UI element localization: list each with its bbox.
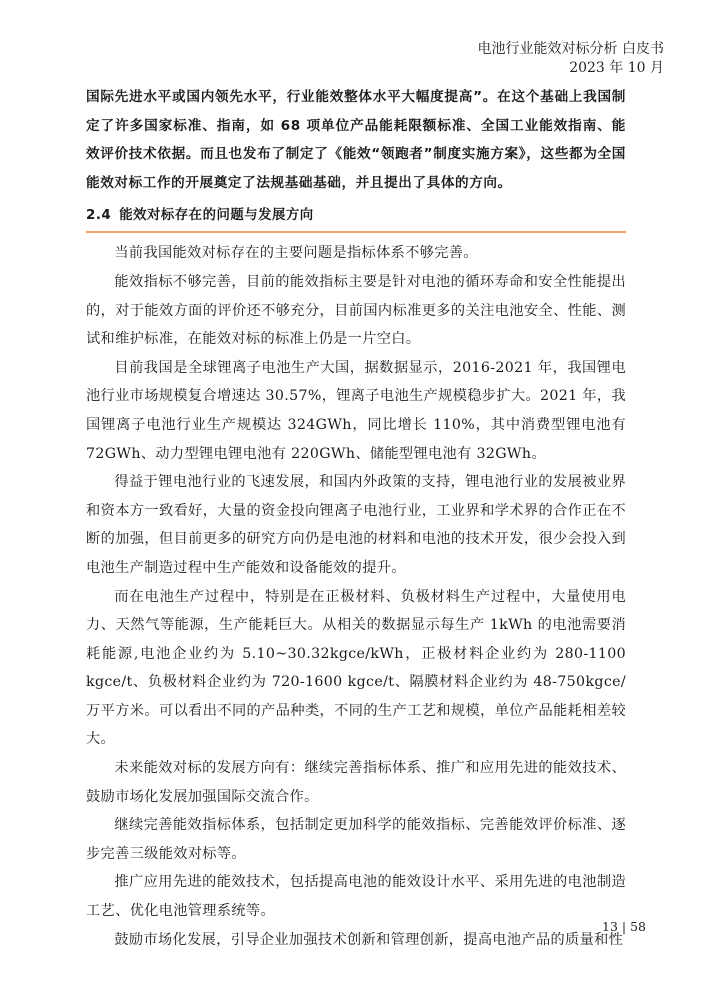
page-header: 电池行业能效对标分析 白皮书 2023 年 10 月 bbox=[478, 40, 664, 78]
paragraph: 推广应用先进的能效技术，包括提高电池的能效设计水平、采用先进的电池制造工艺、优化… bbox=[86, 868, 626, 925]
section-number: 2.4 bbox=[86, 208, 111, 223]
paragraph: 鼓励市场化发展，引导企业加强技术创新和管理创新，提高电池产品的质量和性 bbox=[86, 926, 626, 955]
intro-paragraph: 国际先进水平或国内领先水平，行业能效整体水平大幅度提高”。在这个基础上我国制定了… bbox=[86, 83, 626, 197]
paragraph: 目前我国是全球锂离子电池生产大国，据数据显示，2016-2021 年，我国锂电池… bbox=[86, 354, 626, 468]
header-date: 2023 年 10 月 bbox=[478, 59, 664, 78]
paragraph: 能效指标不够完善，目前的能效指标主要是针对电池的循环寿命和安全性能提出的，对于能… bbox=[86, 268, 626, 354]
section-title: 能效对标存在的问题与发展方向 bbox=[119, 208, 313, 223]
paragraph: 继续完善能效指标体系，包括制定更加科学的能效指标、完善能效评价标准、逐步完善三级… bbox=[86, 811, 626, 868]
header-title: 电池行业能效对标分析 白皮书 bbox=[478, 40, 664, 59]
section-divider bbox=[86, 231, 626, 233]
paragraph: 而在电池生产过程中，特别是在正极材料、负极材料生产过程中，大量使用电力、天然气等… bbox=[86, 583, 626, 755]
paragraph: 当前我国能效对标存在的主要问题是指标体系不够完善。 bbox=[86, 239, 626, 268]
page-body: 国际先进水平或国内领先水平，行业能效整体水平大幅度提高”。在这个基础上我国制定了… bbox=[86, 83, 626, 954]
paragraph: 得益于锂电池行业的飞速发展，和国内外政策的支持，锂电池行业的发展被业界和资本方一… bbox=[86, 468, 626, 582]
section-heading: 2.4能效对标存在的问题与发展方向 bbox=[86, 205, 626, 227]
page-number: 13 | 58 bbox=[602, 919, 646, 934]
paragraph: 未来能效对标的发展方向有：继续完善指标体系、推广和应用先进的能效技术、鼓励市场化… bbox=[86, 754, 626, 811]
